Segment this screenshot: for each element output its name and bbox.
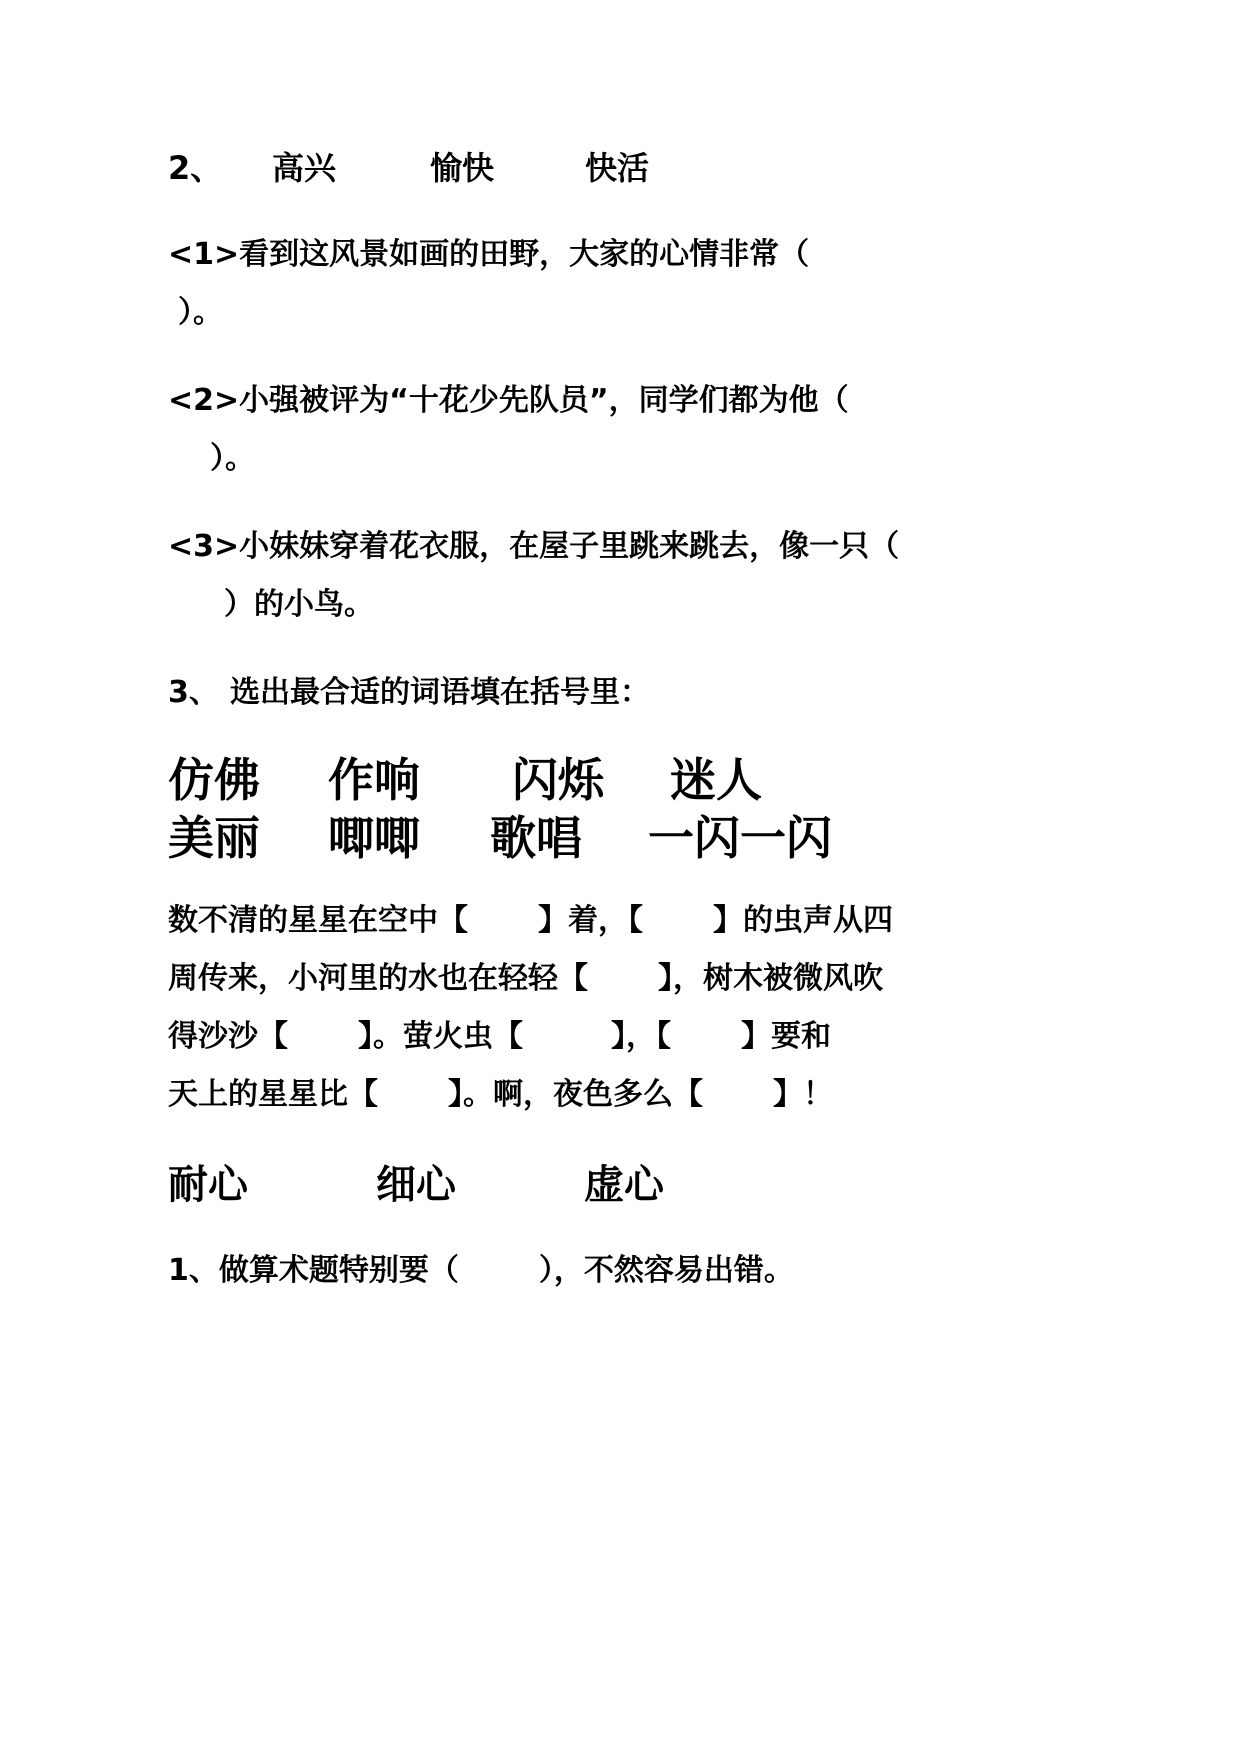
section-4-question-1: 1、做算术题特别要（），不然容易出错。 (168, 1252, 794, 1290)
word-option: 快活 (585, 148, 649, 188)
section-2-number: 2、 (168, 148, 222, 188)
passage-text: 】！ (773, 1077, 833, 1112)
passage-text: 】着，【 (538, 903, 643, 938)
passage-text: 】的虫声从四 (713, 903, 893, 938)
passage-text: 周传来，小河里的水也在轻轻【 (168, 961, 588, 996)
passage-text: 】要和 (741, 1019, 831, 1054)
word-option: 唧唧 (328, 810, 420, 866)
question-1-line-2: ）。 (178, 294, 223, 332)
word-option: 作响 (328, 752, 420, 808)
question-text: 1、做算术题特别要（ (168, 1253, 459, 1288)
word-option: 愉快 (430, 148, 494, 188)
question-text: ），不然容易出错。 (539, 1253, 794, 1288)
word-option: 美丽 (168, 810, 260, 866)
passage-text: 】，【 (611, 1019, 671, 1054)
question-2-line-1: <2>小强被评为“十花少先队员”，同学们都为他（ (168, 382, 849, 420)
passage-text: 数不清的星星在空中【 (168, 903, 468, 938)
passage-text: 】，树木被微风吹 (658, 961, 883, 996)
word-option: 高兴 (272, 148, 336, 188)
word-option: 迷人 (670, 752, 762, 808)
passage-text: 得沙沙【 (168, 1019, 288, 1054)
passage-text: 天上的星星比【 (168, 1077, 378, 1112)
word-option: 闪烁 (512, 752, 604, 808)
word-option: 虚心 (584, 1160, 664, 1210)
section-3-instruction: 选出最合适的词语填在括号里： (230, 674, 650, 712)
word-option: 一闪一闪 (648, 810, 832, 866)
question-1-line-1: <1>看到这风景如画的田野，大家的心情非常（ (168, 236, 809, 274)
passage-text: 】。萤火虫【 (358, 1019, 523, 1054)
passage-line-1: 数不清的星星在空中【】着，【】的虫声从四 (168, 902, 893, 940)
passage-text: 】。啊，夜色多么【 (448, 1077, 703, 1112)
question-2-line-2: ）。 (210, 440, 255, 478)
passage-line-4: 天上的星星比【】。啊，夜色多么【】！ (168, 1076, 833, 1114)
question-3-line-2: ）的小鸟。 (224, 586, 374, 624)
word-option: 仿佛 (168, 752, 260, 808)
passage-line-3: 得沙沙【】。萤火虫【】，【】要和 (168, 1018, 831, 1056)
section-3-number: 3、 (168, 674, 219, 712)
word-option: 细心 (376, 1160, 456, 1210)
word-option: 歌唱 (490, 810, 582, 866)
question-3-line-1: <3>小妹妹穿着花衣服，在屋子里跳来跳去，像一只（ (168, 528, 899, 566)
word-option: 耐心 (168, 1160, 248, 1210)
passage-line-2: 周传来，小河里的水也在轻轻【】，树木被微风吹 (168, 960, 883, 998)
